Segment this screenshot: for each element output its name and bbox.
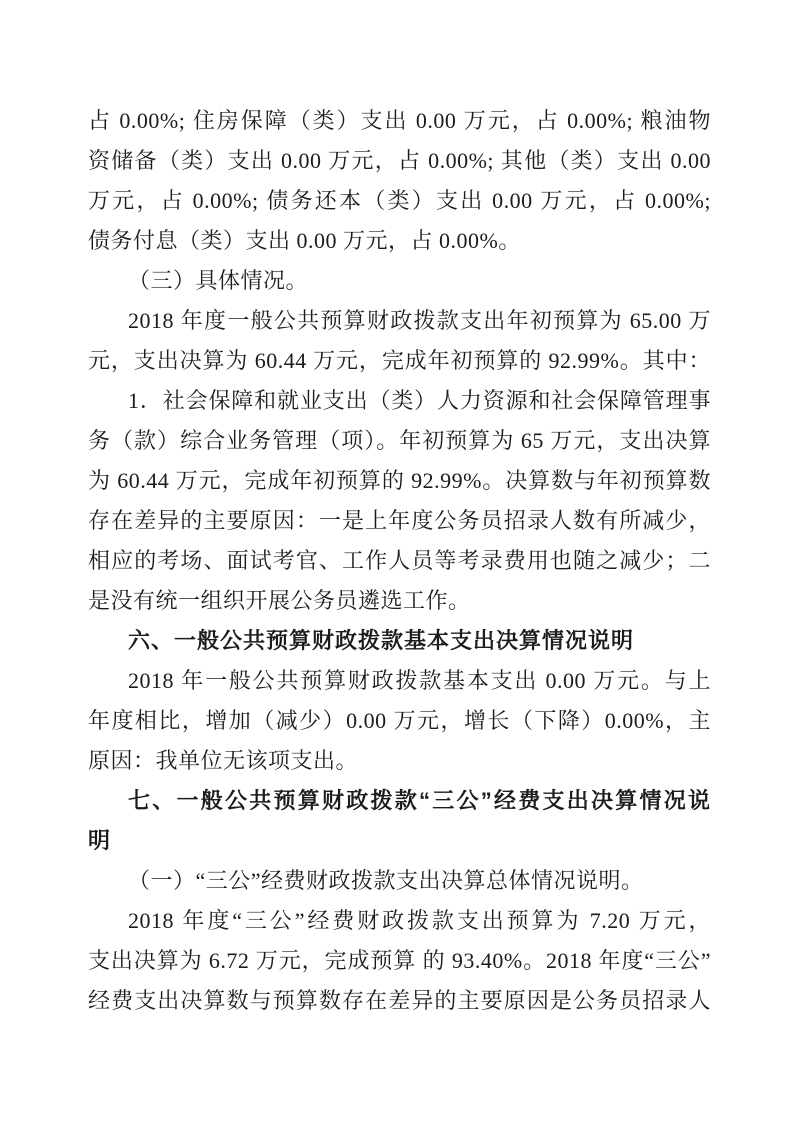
text-line: 原因：我单位无该项支出。 [88,741,711,781]
document-body: 占 0.00%; 住房保障（类）支出 0.00 万元，占 0.00%; 粮油物资… [88,101,711,1021]
text-line: 债务付息（类）支出 0.00 万元，占 0.00%。 [88,221,711,261]
text-line: 务（款）综合业务管理（项）。年初预算为 65 万元，支出决算 [88,421,711,461]
text-line: （三）具体情况。 [88,261,711,301]
text-line: 2018 年度一般公共预算财政拨款支出年初预算为 65.00 万 [88,301,711,341]
heading-line: 明 [88,821,711,861]
text-line: 为 60.44 万元，完成年初预算的 92.99%。决算数与年初预算数 [88,461,711,501]
text-line: 1．社会保障和就业支出（类）人力资源和社会保障管理事 [88,381,711,421]
heading-line: 七、一般公共预算财政拨款“三公”经费支出决算情况说 [88,781,711,821]
text-line: 占 0.00%; 住房保障（类）支出 0.00 万元，占 0.00%; 粮油物 [88,101,711,141]
text-line: （一）“三公”经费财政拨款支出决算总体情况说明。 [88,861,711,901]
text-line: 是没有统一组织开展公务员遴选工作。 [88,581,711,621]
text-line: 支出决算为 6.72 万元，完成预算 的 93.40%。2018 年度“三公” [88,941,711,981]
text-line: 2018 年一般公共预算财政拨款基本支出 0.00 万元。与上 [88,661,711,701]
heading-line: 六、一般公共预算财政拨款基本支出决算情况说明 [88,621,711,661]
text-line: 2018 年度“三公”经费财政拨款支出预算为 7.20 万元， [88,901,711,941]
document-page: 占 0.00%; 住房保障（类）支出 0.00 万元，占 0.00%; 粮油物资… [0,0,793,1122]
text-line: 万元，占 0.00%; 债务还本（类）支出 0.00 万元，占 0.00%; [88,181,711,221]
text-line: 经费支出决算数与预算数存在差异的主要原因是公务员招录人 [88,981,711,1021]
text-line: 存在差异的主要原因：一是上年度公务员招录人数有所减少， [88,501,711,541]
text-line: 资储备（类）支出 0.00 万元，占 0.00%; 其他（类）支出 0.00 [88,141,711,181]
text-line: 元，支出决算为 60.44 万元，完成年初预算的 92.99%。其中： [88,341,711,381]
text-line: 相应的考场、面试考官、工作人员等考录费用也随之减少；二 [88,541,711,581]
text-line: 年度相比，增加（减少）0.00 万元，增长（下降）0.00%，主要 [88,701,711,741]
